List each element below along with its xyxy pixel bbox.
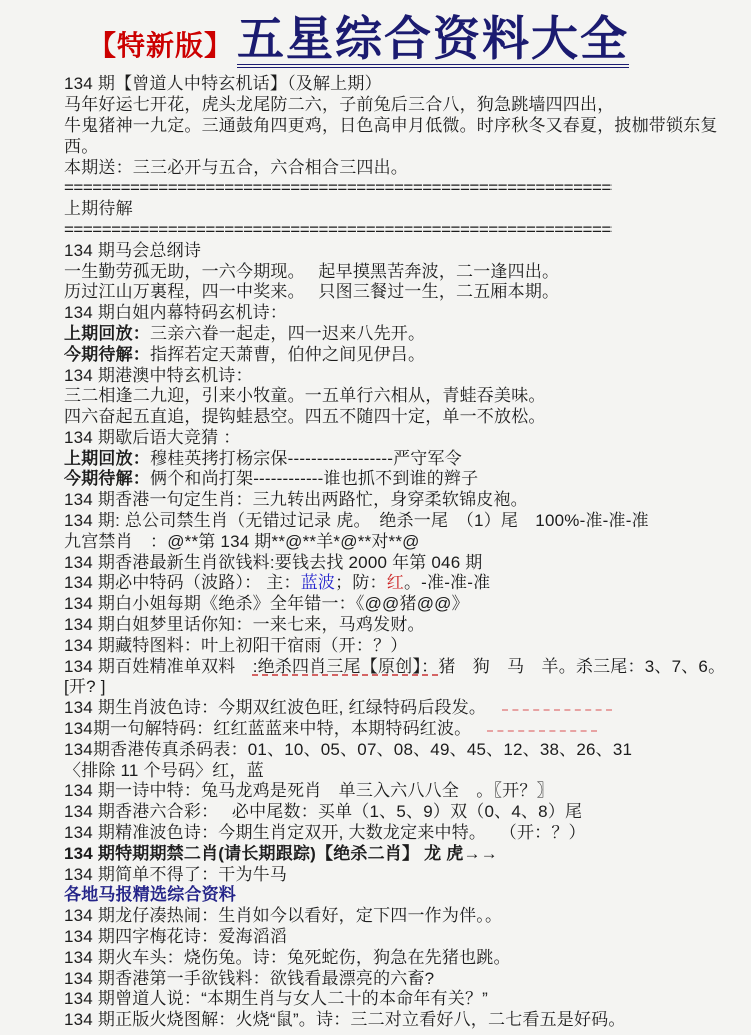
content-line: 134 期百姓精准单双料 :绝杀四肖三尾【原创】：猪 狗 马 羊。杀三尾：3、7… xyxy=(64,657,741,678)
page-title: 五星综合资料大全 xyxy=(237,14,629,68)
content-line: 134 期火车头：烧伤兔。诗：兔死蛇伤，狗急在先猪也跳。 xyxy=(64,948,741,969)
content-line: 134 期【曾道人中特玄机话】（及解上期） xyxy=(64,74,741,95)
content-line: 134 期: 总公司禁生肖（无错过记录 虎。 绝杀一尾 （1）尾 100%-准-… xyxy=(64,511,741,532)
content-line: 134 期必中特码（波路）： 主：蓝波；防：红。-准-准-准 xyxy=(64,573,741,594)
page-header: 【特新版】 五星综合资料大全 xyxy=(0,0,751,68)
content-line: 九宫禁肖 ：@**第 134 期**@**羊*@**对**@ xyxy=(64,532,741,553)
content-line: 134期香港传真杀码表：01、10、05、07、08、49、45、12、38、2… xyxy=(64,740,741,761)
content-lines: 134 期【曾道人中特玄机话】（及解上期）马年好运七开花，虎头龙尾防二六，子前兔… xyxy=(0,68,751,1031)
content-line: 134 期生肖波色诗：今期双红波色旺, 红绿特码后段发。 xyxy=(64,698,741,719)
content-line: 一生勤劳孤无助，一六今期现。 起早摸黑苦奔波，二一逢四出。 xyxy=(64,262,741,283)
content-line: 134 期白姐梦里话你知：一来七来，马鸡发财。 xyxy=(64,615,741,636)
content-line: 134 期香港最新生肖欲钱料:要钱去找 2000 年第 046 期 xyxy=(64,553,741,574)
content-line: 上期回放：穆桂英拷打杨宗保------------------严守军令 xyxy=(64,449,741,470)
separator-line: ========================================… xyxy=(64,178,612,199)
content-line: 134 期香港六合彩： 必中尾数：买单（1、5、9）双（0、4、8）尾 xyxy=(64,802,741,823)
content-line: 134期一句解特码：红红蓝蓝来中特，本期特码红波。 xyxy=(64,719,741,740)
content-line: 134 期特期期禁二肖(请长期跟踪)【绝杀二肖】 龙 虎→→ xyxy=(64,844,741,865)
content-line: 134 期简单不得了：干为牛马 xyxy=(64,865,741,886)
content-line: 上期回放：三亲六眷一起走，四一迟来八先开。 xyxy=(64,324,741,345)
page: 【特新版】 五星综合资料大全 134 期【曾道人中特玄机话】（及解上期）马年好运… xyxy=(0,0,751,1035)
content-line: 〈排除 11 个号码〉红，蓝 xyxy=(64,761,741,782)
separator-line: ========================================… xyxy=(64,220,612,241)
content-line: 134 期香港第一手欲钱料：欲钱看最漂亮的六畜? xyxy=(64,969,741,990)
content-line: 134 期曾道人说：“本期生肖与女人二十的本命年有关？” xyxy=(64,989,741,1010)
content-line: 今期待解：指挥若定天萧曹，伯仲之间见伊吕。 xyxy=(64,345,741,366)
content-line: 上期待解 xyxy=(64,199,741,220)
content-line: 马年好运七开花，虎头龙尾防二六，子前兔后三合八，狗急跳墙四四出， xyxy=(64,95,741,116)
red-smudge-mark xyxy=(487,728,597,732)
content-line: 134 期一诗中特：兔马龙鸡是死肖 单三入六八八全 。〖开？〗 xyxy=(64,781,741,802)
content-line: 134 期白小姐每期《绝杀》全年错一：《@@猪@@》 xyxy=(64,594,741,615)
edition-badge: 【特新版】 xyxy=(88,24,233,64)
content-line: 四六奋起五直追，提钩蛙悬空。四五不随四十定，单一不放松。 xyxy=(64,407,741,428)
content-line: 134 期四字梅花诗：爱海滔滔 xyxy=(64,927,741,948)
red-smudge-mark xyxy=(502,707,612,711)
content-line: 134 期港澳中特玄机诗： xyxy=(64,366,741,387)
content-line: 本期送：三三必开与五合，六合相合三四出。 xyxy=(64,158,741,179)
content-line: 今期待解：俩个和尚打架------------谁也抓不到谁的辫子 xyxy=(64,469,741,490)
content-line: 牛鬼猪神一九定。三通鼓角四更鸡，日色高申月低微。时序秋冬又春夏，披枷带锁东复西。 xyxy=(64,116,741,158)
content-line: 三二相逢二九迎，引来小牧童。一五单行六相从，青蛙吞美味。 xyxy=(64,386,741,407)
content-line: 134 期藏特图料：叶上初阳干宿雨（开：？） xyxy=(64,636,741,657)
content-line: 134 期龙仔凑热闹：生肖如今以看好，定下四一作为伴。。 xyxy=(64,906,741,927)
content-line: 134 期正版火烧图解：火烧“鼠”。诗：三二对立看好八，二七看五是好码。 xyxy=(64,1010,741,1031)
content-line: 134 期香港一句定生肖：三九转出两路忙，身穿柔软锦皮袍。 xyxy=(64,490,741,511)
content-line: 历过江山万裏程，四一中奖来。 只图三餐过一生，二五厢本期。 xyxy=(64,282,741,303)
content-line: 134 期歇后语大竞猜 ： xyxy=(64,428,741,449)
content-line: 134 期精准波色诗：今期生肖定双开, 大数龙定来中特。 （开：？） xyxy=(64,823,741,844)
content-line: 134 期马会总纲诗 xyxy=(64,241,741,262)
content-line: 134 期白姐内幕特码玄机诗： xyxy=(64,303,741,324)
content-line: [开? ] xyxy=(64,677,741,698)
content-line: 各地马报精选综合资料 xyxy=(64,885,741,906)
